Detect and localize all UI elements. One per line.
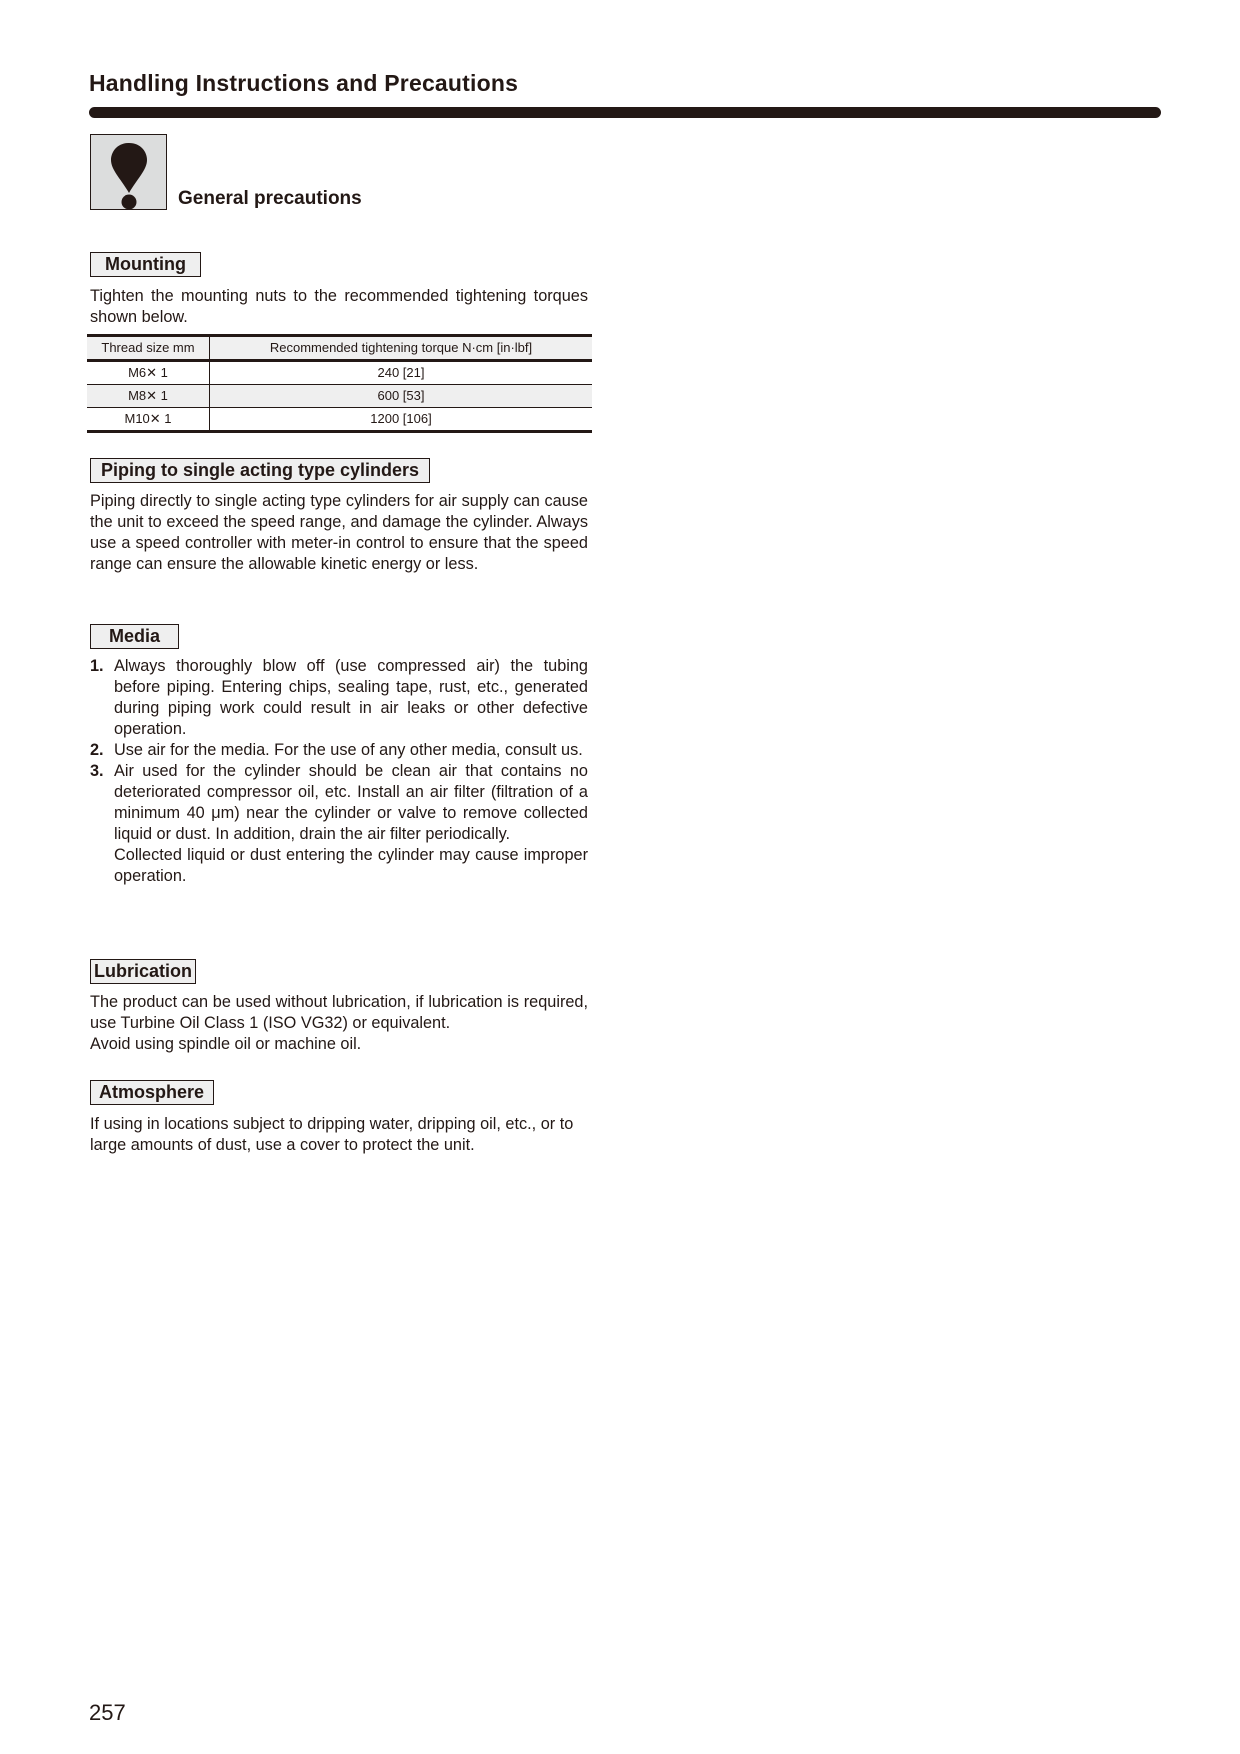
torque-cell: 1200 [106] — [210, 408, 593, 432]
column-header: Thread size mm — [87, 336, 210, 361]
column-header: Recommended tightening torque N·cm [in·l… — [210, 336, 593, 361]
warning-drop-exclamation-icon — [90, 134, 167, 210]
thread-size-cell: M6✕ 1 — [87, 361, 210, 385]
thread-size-cell: M8✕ 1 — [87, 385, 210, 408]
torque-table: Thread size mm Recommended tightening to… — [87, 334, 592, 433]
torque-cell: 240 [21] — [210, 361, 593, 385]
section-media: Media 1. Always thoroughly blow off (use… — [90, 624, 588, 887]
page-title: Handling Instructions and Precautions — [89, 70, 518, 97]
section-lubrication: Lubrication The product can be used with… — [90, 959, 588, 1055]
media-list: 1. Always thoroughly blow off (use compr… — [90, 656, 588, 887]
title-rule — [89, 107, 1161, 118]
lubrication-text: The product can be used without lubricat… — [90, 992, 588, 1034]
list-item: 2. Use air for the media. For the use of… — [90, 740, 588, 761]
page-number: 257 — [89, 1700, 126, 1726]
lubrication-text: Avoid using spindle oil or machine oil. — [90, 1034, 588, 1055]
section-heading: Mounting — [90, 252, 201, 277]
table-row: M8✕ 1 600 [53] — [87, 385, 592, 408]
torque-cell: 600 [53] — [210, 385, 593, 408]
section-heading: Media — [90, 624, 179, 649]
piping-text: Piping directly to single acting type cy… — [90, 491, 588, 575]
table-row: M10✕ 1 1200 [106] — [87, 408, 592, 432]
section-heading: Piping to single acting type cylinders — [90, 458, 430, 483]
general-precautions-label: General precautions — [178, 188, 362, 210]
section-piping: Piping to single acting type cylinders P… — [90, 458, 588, 575]
mounting-text: Tighten the mounting nuts to the recomme… — [90, 286, 588, 328]
thread-size-cell: M10✕ 1 — [87, 408, 210, 432]
atmosphere-text: If using in locations subject to drippin… — [90, 1114, 588, 1156]
section-mounting: Mounting Tighten the mounting nuts to th… — [90, 252, 588, 433]
table-row: M6✕ 1 240 [21] — [87, 361, 592, 385]
section-atmosphere: Atmosphere If using in locations subject… — [90, 1080, 588, 1156]
list-item: 1. Always thoroughly blow off (use compr… — [90, 656, 588, 740]
section-heading: Lubrication — [90, 959, 196, 984]
list-item: 3. Air used for the cylinder should be c… — [90, 761, 588, 887]
section-heading: Atmosphere — [90, 1080, 214, 1105]
